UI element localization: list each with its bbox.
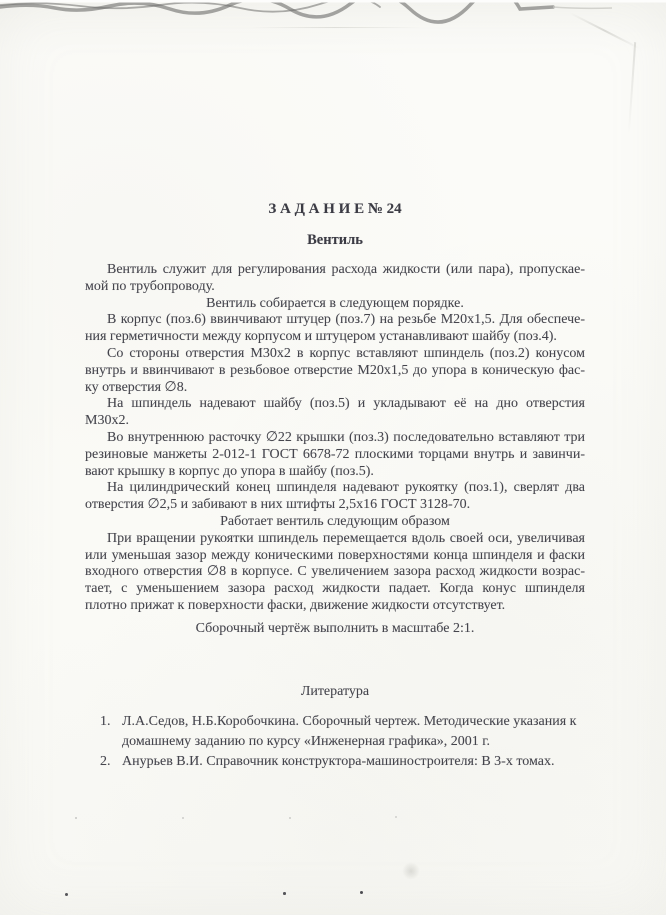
- paragraph-line: отверстия ∅2,5 и забивают в них штифты 2…: [85, 497, 585, 514]
- list-item: 1.Л.А.Седов, Н.Б.Коробочкина. Сборочный …: [85, 712, 585, 752]
- paragraph: Вентиль служит для регулирования расхода…: [85, 262, 585, 296]
- paragraph-line: мой по трубопроводу.: [85, 279, 585, 296]
- section-heading: Литература: [85, 684, 585, 701]
- literature-list: 1.Л.А.Седов, Н.Б.Коробочкина. Сборочный …: [85, 712, 585, 772]
- document-text-block: З А Д А Н И Е № 24 Вентиль Вентиль служи…: [85, 200, 585, 772]
- paragraph-line: На шпиндель надевают шайбу (поз.5) и укл…: [85, 396, 585, 413]
- centered-line: Работает вентиль следующим образом: [85, 514, 585, 531]
- list-item-number: 1.: [100, 712, 122, 752]
- paragraph-line: На цилиндрический конец шпинделя надеваю…: [85, 480, 585, 497]
- document-subtitle: Вентиль: [85, 232, 585, 249]
- paper-top-edge: [0, 0, 666, 24]
- paragraph: Со стороны отверстия М30х2 в корпус вста…: [85, 346, 585, 396]
- paragraph-line: вают крышку в корпус до упора в шайбу (п…: [85, 464, 585, 481]
- paragraph-line: входного отверстия ∅8 в корпусе. С увели…: [85, 564, 585, 581]
- paragraph-line: При вращении рукоятки шпиндель перемещае…: [85, 531, 585, 548]
- paragraph-line: Со стороны отверстия М30х2 в корпус вста…: [85, 346, 585, 363]
- paragraph-line: В корпус (поз.6) ввинчивают штуцер (поз.…: [85, 312, 585, 329]
- centered-line: Вентиль собирается в следующем порядке.: [85, 296, 585, 313]
- paragraph-line: Вентиль служит для регулирования расхода…: [85, 262, 585, 279]
- paragraph: На шпиндель надевают шайбу (поз.5) и укл…: [85, 396, 585, 430]
- document-body: Вентиль служит для регулирования расхода…: [85, 262, 585, 772]
- paragraph-line: резиновые манжеты 2-012-1 ГОСТ 6678-72 п…: [85, 447, 585, 464]
- paragraph-line: внутрь и ввинчивают в резьбовое отверсти…: [85, 363, 585, 380]
- list-item-line: Анурьев В.И. Справочник конструктора-маш…: [122, 752, 585, 772]
- list-item: 2.Анурьев В.И. Справочник конструктора-м…: [85, 752, 585, 772]
- scanned-document-page: { "document": { "title": "З А Д А Н И Е …: [0, 0, 666, 915]
- paragraph: При вращении рукоятки шпиндель перемещае…: [85, 531, 585, 615]
- paragraph: На цилиндрический конец шпинделя надеваю…: [85, 480, 585, 514]
- paragraph-line: или уменьшая зазор между коническими пов…: [85, 548, 585, 565]
- paragraph-line: ку отверстия ∅8.: [85, 380, 585, 397]
- centered-line: Сборочный чертёж выполнить в масштабе 2:…: [85, 621, 585, 638]
- list-item-line: Л.А.Седов, Н.Б.Коробочкина. Сборочный че…: [122, 712, 585, 732]
- paragraph-line: Во внутреннюю расточку ∅22 крышки (поз.3…: [85, 430, 585, 447]
- list-item-number: 2.: [100, 752, 122, 772]
- paragraph-line: тает, с уменьшением зазора расход жидкос…: [85, 581, 585, 598]
- paragraph-line: М30х2.: [85, 413, 585, 430]
- list-item-text: Анурьев В.И. Справочник конструктора-маш…: [122, 752, 585, 772]
- paragraph-line: плотно прижат к поверхности фаски, движе…: [85, 598, 585, 615]
- paragraph-line: ния герметичности между корпусом и штуце…: [85, 329, 585, 346]
- list-item-line: домашнему заданию по курсу «Инженерная г…: [122, 732, 585, 752]
- paragraph: Во внутреннюю расточку ∅22 крышки (поз.3…: [85, 430, 585, 480]
- paragraph: В корпус (поз.6) ввинчивают штуцер (поз.…: [85, 312, 585, 346]
- assignment-title: З А Д А Н И Е № 24: [85, 200, 585, 218]
- list-item-text: Л.А.Седов, Н.Б.Коробочкина. Сборочный че…: [122, 712, 585, 752]
